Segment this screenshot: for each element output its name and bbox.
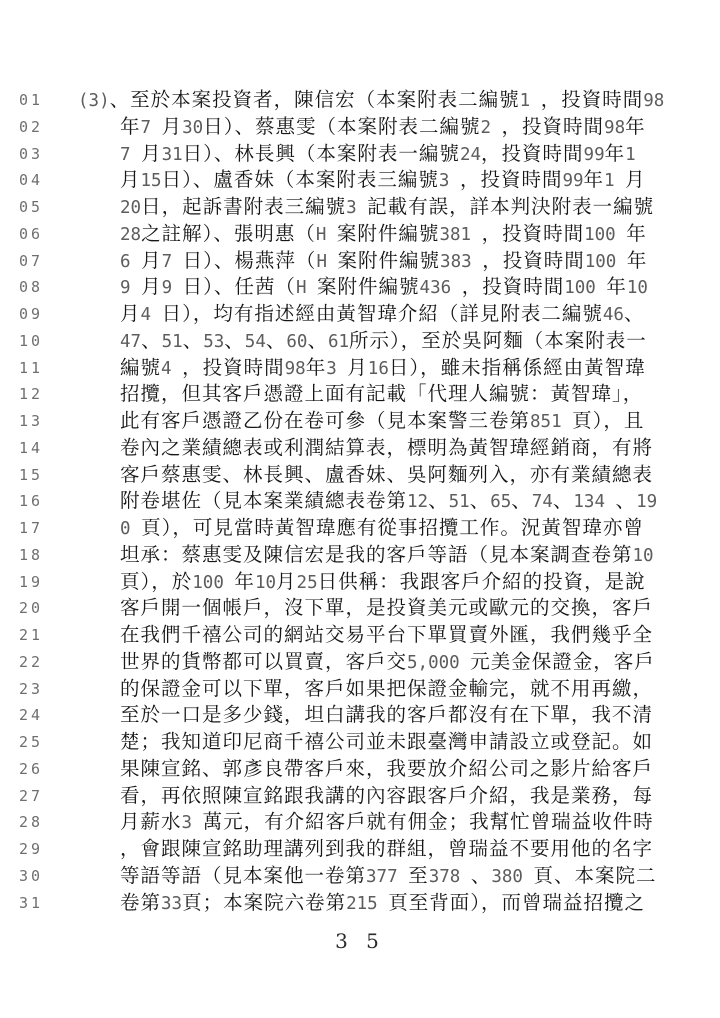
halfwidth-text: 215: [346, 894, 388, 914]
line-number: 08: [19, 274, 43, 301]
halfwidth-text: 16: [368, 359, 389, 379]
document-line: 09月4 日），均有指述經由黃智瑋介紹（詳見附表二編號46、: [0, 301, 720, 328]
line-text: 28之註解）、張明惠（H 案附件編號381 ，投資時間100 年: [120, 221, 647, 249]
line-number: 04: [19, 167, 43, 194]
halfwidth-text: 65: [490, 492, 511, 512]
line-number: 30: [19, 863, 43, 890]
halfwidth-text: 1: [520, 91, 541, 111]
line-text: 卷第33頁；本案院六卷第215 頁至背面），而曾瑞益招攬之: [120, 890, 645, 918]
line-number: 31: [19, 890, 43, 917]
document-line: 076 月7 日）、楊燕萍（H 案附件編號383 ，投資時間100 年: [0, 248, 720, 275]
document-line: 02年7 月30日）、蔡惠雯（本案附表二編號2 ，投資時間98年: [0, 114, 720, 141]
line-text: 卷內之業績總表或利潤結算表，標明為黃智瑋經銷商，有將: [120, 435, 653, 462]
halfwidth-text: 100: [192, 573, 234, 593]
halfwidth-text: 1: [604, 171, 625, 191]
line-number: 29: [19, 836, 43, 863]
halfwidth-text: 10: [633, 546, 654, 566]
halfwidth-text: 3: [346, 198, 367, 218]
document-line: 0520日，起訴書附表三編號3 記載有誤，詳本判決附表一編號: [0, 194, 720, 221]
halfwidth-text: 99: [584, 145, 605, 165]
line-text: 47、51、53、54、60、61所示），至於吳阿麵（本案附表一: [120, 328, 647, 356]
page-number: 3 5: [0, 929, 720, 953]
halfwidth-text: 9: [120, 278, 141, 298]
line-number: 15: [19, 462, 43, 489]
document-line: 16附卷堪佐（見本案業績總表卷第12、51、65、74、134 、19: [0, 488, 720, 515]
document-line: 01(3)、至於本案投資者，陳信宏（本案附表二編號1 ，投資時間98: [0, 87, 720, 114]
halfwidth-text: (3): [78, 91, 110, 111]
document-line: 12招攬，但其客戶憑證上面有記載「代理人編號：黃智瑋」，: [0, 381, 720, 408]
line-text: 月4 日），均有指述經由黃智瑋介紹（詳見附表二編號46、: [120, 301, 644, 329]
document-line: 26果陳宣銘、郭彥良帶客戶來，我要放介紹公司之影片給客戶: [0, 756, 720, 783]
halfwidth-text: 10: [255, 573, 276, 593]
document-line: 15客戶蔡惠雯、林長興、盧香妹、吳阿麵列入，亦有業績總表: [0, 462, 720, 489]
line-number: 27: [19, 783, 43, 810]
line-text: 編號4 ，投資時間98年3 月16日），雖未指稱係經由黃智瑋: [120, 355, 646, 383]
document-line: 21在我們千禧公司的網站交易平台下單買賣外匯，我們幾乎全: [0, 622, 720, 649]
line-text: 坦承：蔡惠雯及陳信宏是我的客戶等語（見本案調查卷第10: [120, 542, 654, 570]
line-text: 6 月7 日）、楊燕萍（H 案附件編號383 ，投資時間100 年: [120, 248, 647, 276]
halfwidth-text: 100: [584, 225, 626, 245]
halfwidth-text: 51: [162, 332, 183, 352]
document-line: 1047、51、53、54、60、61所示），至於吳阿麵（本案附表一: [0, 328, 720, 355]
line-number: 03: [19, 141, 43, 168]
line-text: 9 月9 日）、任茜（H 案附件編號436 ，投資時間100 年10: [120, 274, 648, 302]
line-text: ，會跟陳宣銘助理講列到我的群組，曾瑞益不要用他的名字: [120, 836, 653, 863]
halfwidth-text: 6: [120, 252, 141, 272]
line-text: 等語等語（見本案他一卷第377 至378 、380 頁、本案院二: [120, 863, 657, 891]
line-text: 世界的貨幣都可以買賣，客戶交5,000 元美金保證金，客戶: [120, 649, 655, 677]
halfwidth-text: 99: [562, 171, 583, 191]
document-line: 23的保證金可以下單，客戶如果把保證金輸完，就不用再繳，: [0, 676, 720, 703]
halfwidth-text: 9: [162, 278, 183, 298]
line-text: 20日，起訴書附表三編號3 記載有誤，詳本判決附表一編號: [120, 194, 654, 222]
document-line: 13此有客戶憑證乙份在卷可參（見本案警三卷第851 頁），且: [0, 408, 720, 435]
halfwidth-text: 7: [120, 145, 141, 165]
halfwidth-text: 3: [326, 359, 347, 379]
line-number: 20: [19, 595, 43, 622]
halfwidth-text: 377: [366, 867, 408, 887]
halfwidth-text: 378: [429, 867, 471, 887]
line-text: 0 頁），可見當時黃智瑋應有從事招攬工作。況黃智瑋亦曾: [120, 515, 644, 543]
halfwidth-text: 98: [643, 91, 664, 111]
line-number: 01: [19, 87, 43, 114]
line-number: 24: [19, 702, 43, 729]
halfwidth-text: 380: [491, 867, 533, 887]
line-text: 客戶蔡惠雯、林長興、盧香妹、吳阿麵列入，亦有業績總表: [120, 462, 653, 489]
halfwidth-text: 19: [636, 492, 657, 512]
halfwidth-text: 46: [603, 305, 624, 325]
line-number: 05: [19, 194, 43, 221]
line-text: 此有客戶憑證乙份在卷可參（見本案警三卷第851 頁），且: [120, 408, 644, 436]
document-line: 20客戶開一個帳戶，沒下單，是投資美元或歐元的交換，客戶: [0, 595, 720, 622]
line-number: 28: [19, 809, 43, 836]
document-line: 18坦承：蔡惠雯及陳信宏是我的客戶等語（見本案調查卷第10: [0, 542, 720, 569]
line-text: 年7 月30日）、蔡惠雯（本案附表二編號2 ，投資時間98年: [120, 114, 646, 142]
line-number: 16: [19, 488, 43, 515]
line-text: 頁），於100 年10月25日供稱：我跟客戶介紹的投資，是說: [120, 569, 646, 597]
document-line: 27看，再依照陳宣銘跟我講的內容跟客戶介紹，我是業務，每: [0, 783, 720, 810]
line-number: 02: [19, 114, 43, 141]
halfwidth-text: H: [316, 225, 337, 245]
halfwidth-text: 51: [449, 492, 470, 512]
halfwidth-text: 3: [439, 171, 460, 191]
halfwidth-text: 0: [120, 519, 141, 539]
halfwidth-text: 31: [162, 145, 183, 165]
halfwidth-text: 33: [161, 894, 182, 914]
line-text: 至於一口是多少錢，坦白講我的客戶都沒有在下單，我不清: [120, 702, 653, 729]
document-line: 19頁），於100 年10月25日供稱：我跟客戶介紹的投資，是說: [0, 569, 720, 596]
document-line: 30等語等語（見本案他一卷第377 至378 、380 頁、本案院二: [0, 863, 720, 890]
halfwidth-text: 28: [120, 225, 141, 245]
line-number: 10: [19, 328, 43, 355]
halfwidth-text: 851: [530, 412, 572, 432]
document-line: 089 月9 日）、任茜（H 案附件編號436 ，投資時間100 年10: [0, 274, 720, 301]
halfwidth-text: 61: [328, 332, 349, 352]
line-number: 09: [19, 301, 43, 328]
document-body: 01(3)、至於本案投資者，陳信宏（本案附表二編號1 ，投資時間9802年7 月…: [0, 87, 720, 916]
halfwidth-text: 3: [182, 813, 203, 833]
document-line: 037 月31日）、林長興（本案附表一編號24，投資時間99年1: [0, 141, 720, 168]
halfwidth-text: 15: [141, 171, 162, 191]
line-number: 19: [19, 569, 43, 596]
halfwidth-text: 100: [564, 278, 606, 298]
line-number: 13: [19, 408, 43, 435]
line-text: 果陳宣銘、郭彥良帶客戶來，我要放介紹公司之影片給客戶: [120, 756, 653, 783]
document-line: 11編號4 ，投資時間98年3 月16日），雖未指稱係經由黃智瑋: [0, 355, 720, 382]
halfwidth-text: 7: [162, 252, 183, 272]
halfwidth-text: 436: [420, 278, 462, 298]
halfwidth-text: 10: [627, 278, 648, 298]
line-text: (3)、至於本案投資者，陳信宏（本案附表二編號1 ，投資時間98: [78, 87, 664, 115]
document-line: 14卷內之業績總表或利潤結算表，標明為黃智瑋經銷商，有將: [0, 435, 720, 462]
line-number: 23: [19, 676, 43, 703]
line-text: 楚；我知道印尼商千禧公司並未跟臺灣申請設立或登記。如: [120, 729, 653, 756]
line-number: 26: [19, 756, 43, 783]
line-text: 的保證金可以下單，客戶如果把保證金輸完，就不用再繳，: [120, 676, 653, 703]
halfwidth-text: 12: [407, 492, 428, 512]
halfwidth-text: 100: [585, 252, 627, 272]
halfwidth-text: H: [316, 252, 337, 272]
line-text: 附卷堪佐（見本案業績總表卷第12、51、65、74、134 、19: [120, 488, 657, 516]
halfwidth-text: 134: [573, 492, 615, 512]
halfwidth-text: 47: [120, 332, 141, 352]
halfwidth-text: 30: [182, 118, 203, 138]
document-line: 29，會跟陳宣銘助理講列到我的群組，曾瑞益不要用他的名字: [0, 836, 720, 863]
halfwidth-text: 54: [245, 332, 266, 352]
halfwidth-text: 1: [625, 145, 636, 165]
halfwidth-text: 74: [532, 492, 553, 512]
halfwidth-text: 2: [480, 118, 501, 138]
halfwidth-text: 20: [120, 198, 141, 218]
document-line: 22世界的貨幣都可以買賣，客戶交5,000 元美金保證金，客戶: [0, 649, 720, 676]
line-text: 月薪水3 萬元，有介紹客戶就有佣金；我幫忙曾瑞益收件時: [120, 809, 654, 837]
halfwidth-text: 4: [141, 305, 162, 325]
line-number: 07: [19, 248, 43, 275]
document-line: 31卷第33頁；本案院六卷第215 頁至背面），而曾瑞益招攬之: [0, 890, 720, 917]
document-line: 170 頁），可見當時黃智瑋應有從事招攬工作。況黃智瑋亦曾: [0, 515, 720, 542]
halfwidth-text: H: [296, 278, 317, 298]
line-number: 18: [19, 542, 43, 569]
halfwidth-text: 381: [439, 225, 481, 245]
line-text: 7 月31日）、林長興（本案附表一編號24，投資時間99年1: [120, 141, 636, 169]
document-line: 25楚；我知道印尼商千禧公司並未跟臺灣申請設立或登記。如: [0, 729, 720, 756]
document-line: 28月薪水3 萬元，有介紹客戶就有佣金；我幫忙曾瑞益收件時: [0, 809, 720, 836]
line-number: 11: [19, 355, 43, 382]
line-text: 招攬，但其客戶憑證上面有記載「代理人編號：黃智瑋」，: [120, 381, 643, 408]
halfwidth-text: 4: [161, 359, 182, 379]
document-page: 01(3)、至於本案投資者，陳信宏（本案附表二編號1 ，投資時間9802年7 月…: [0, 0, 720, 1018]
line-number: 21: [19, 622, 43, 649]
line-number: 06: [19, 221, 43, 248]
halfwidth-text: 383: [440, 252, 482, 272]
halfwidth-text: 24: [460, 145, 481, 165]
halfwidth-text: 5,000: [407, 653, 470, 673]
line-text: 在我們千禧公司的網站交易平台下單買賣外匯，我們幾乎全: [120, 622, 653, 649]
halfwidth-text: 53: [203, 332, 224, 352]
document-line: 0628之註解）、張明惠（H 案附件編號381 ，投資時間100 年: [0, 221, 720, 248]
document-line: 04月15日）、盧香妹（本案附表三編號3 ，投資時間99年1 月: [0, 167, 720, 194]
line-number: 14: [19, 435, 43, 462]
halfwidth-text: 25: [297, 573, 318, 593]
halfwidth-text: 98: [285, 359, 306, 379]
halfwidth-text: 60: [286, 332, 307, 352]
line-number: 17: [19, 515, 43, 542]
line-text: 月15日）、盧香妹（本案附表三編號3 ，投資時間99年1 月: [120, 167, 646, 195]
line-number: 22: [19, 649, 43, 676]
line-number: 25: [19, 729, 43, 756]
halfwidth-text: 98: [604, 118, 625, 138]
line-number: 12: [19, 381, 43, 408]
line-text: 看，再依照陳宣銘跟我講的內容跟客戶介紹，我是業務，每: [120, 783, 653, 810]
line-text: 客戶開一個帳戶，沒下單，是投資美元或歐元的交換，客戶: [120, 595, 653, 622]
halfwidth-text: 7: [141, 118, 162, 138]
document-line: 24至於一口是多少錢，坦白講我的客戶都沒有在下單，我不清: [0, 702, 720, 729]
